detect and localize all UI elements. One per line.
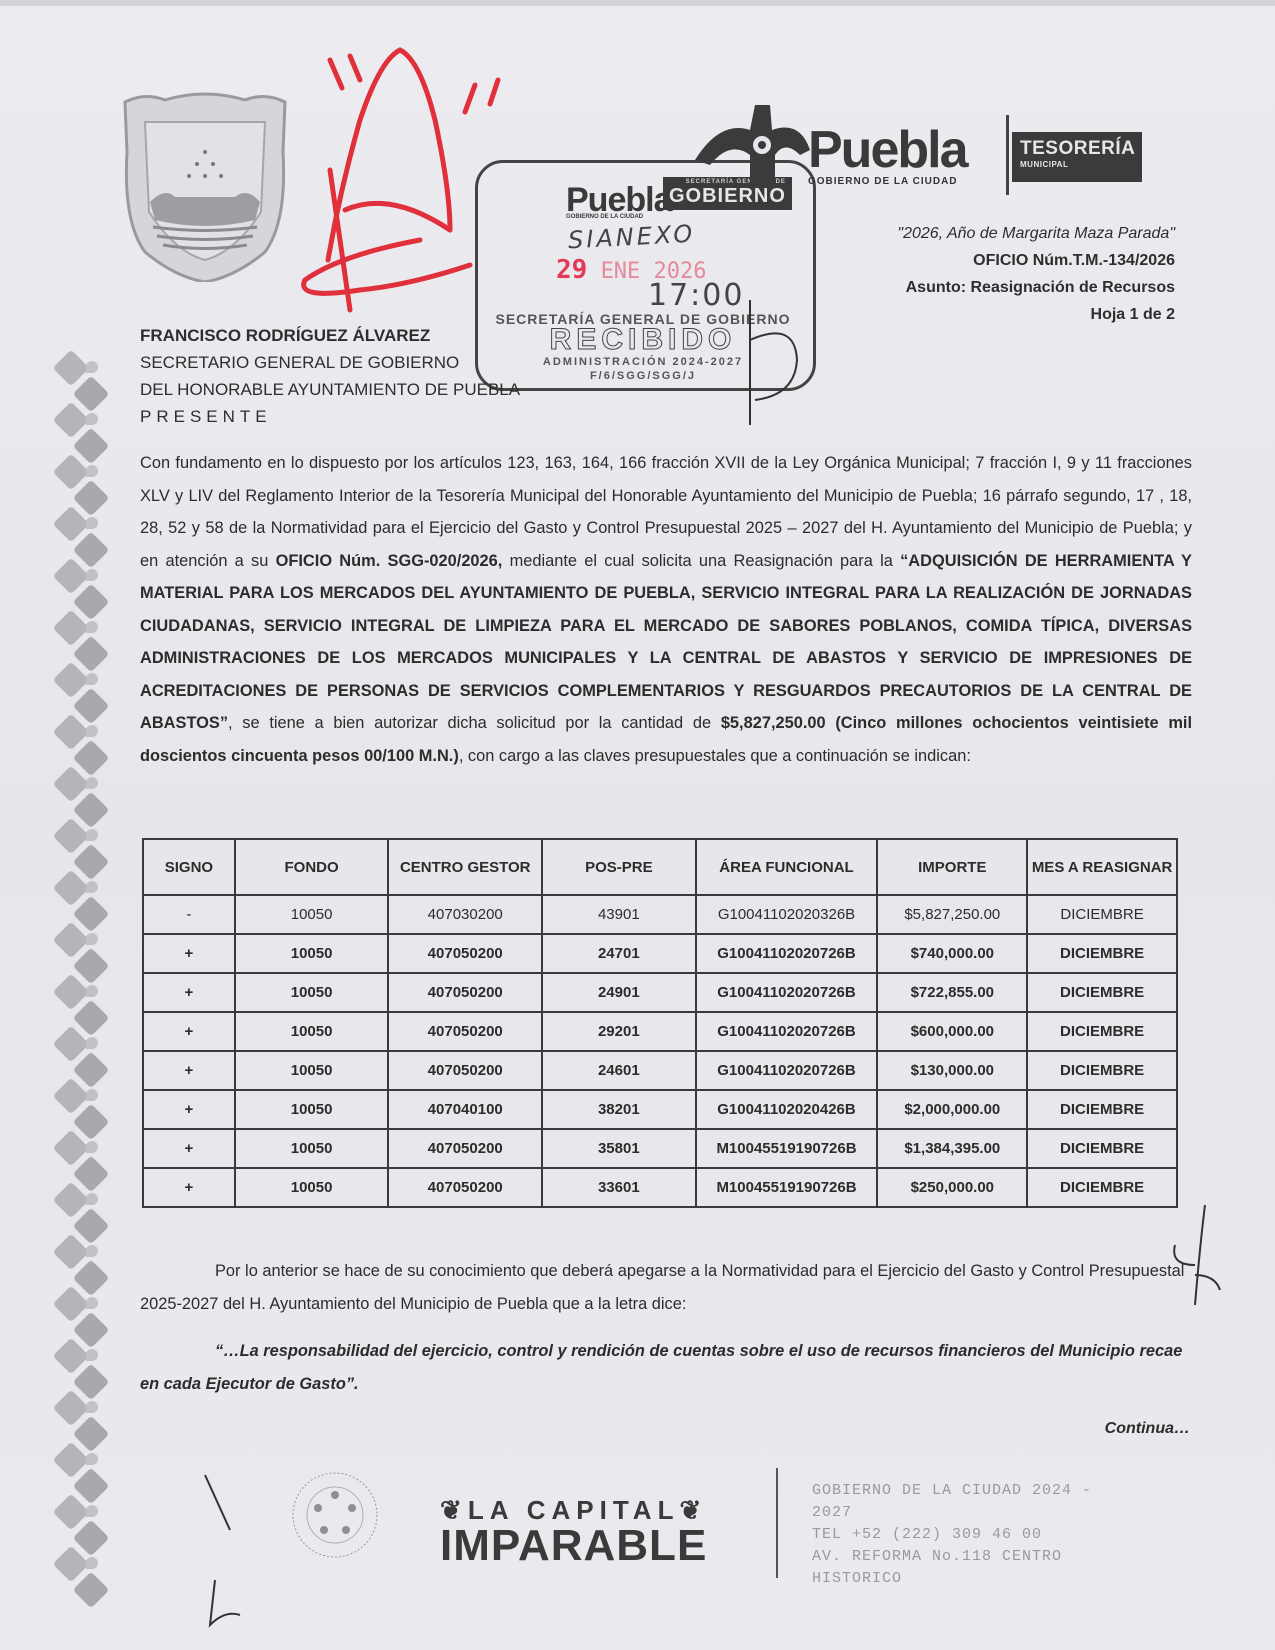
table-cell: $600,000.00 xyxy=(877,1012,1027,1051)
column-header: IMPORTE xyxy=(877,839,1027,895)
puebla-emblem-icon xyxy=(690,100,815,190)
table-cell: + xyxy=(143,1012,235,1051)
ornament-diamond xyxy=(73,688,110,725)
table-cell: + xyxy=(143,1129,235,1168)
continued-label: Continua… xyxy=(1105,1420,1190,1438)
handwritten-signature-stroke xyxy=(735,300,805,430)
stamp-received-time: 17:00 xyxy=(648,278,744,313)
address-line: GOBIERNO DE LA CIUDAD 2024 - xyxy=(812,1480,1092,1502)
table-cell: 29201 xyxy=(542,1012,696,1051)
column-header: MES A REASIGNAR xyxy=(1027,839,1177,895)
ornament-diamond xyxy=(73,1312,110,1349)
column-header: FONDO xyxy=(235,839,389,895)
table-cell: 407050200 xyxy=(388,1168,542,1207)
ornament-leaf xyxy=(86,673,98,685)
table-cell: 407050200 xyxy=(388,973,542,1012)
ornament-diamond xyxy=(73,1468,110,1505)
ornament-leaf xyxy=(86,1453,98,1465)
equality-seal-icon xyxy=(290,1470,380,1560)
ornament-diamond xyxy=(73,428,110,465)
ornament-leaf xyxy=(86,1037,98,1049)
ornament-leaf xyxy=(86,1349,98,1361)
ornament-diamond xyxy=(73,896,110,933)
table-cell: 10050 xyxy=(235,895,389,934)
table-row: +1005040705020024701G10041102020726B$740… xyxy=(143,934,1177,973)
column-header: ÁREA FUNCIONAL xyxy=(696,839,878,895)
ornament-diamond xyxy=(73,948,110,985)
table-row: +1005040705020024601G10041102020726B$130… xyxy=(143,1051,1177,1090)
ornament-diamond xyxy=(73,1156,110,1193)
table-cell: 43901 xyxy=(542,895,696,934)
table-cell: 407030200 xyxy=(388,895,542,934)
column-header: CENTRO GESTOR xyxy=(388,839,542,895)
page-indicator: Hoja 1 de 2 xyxy=(897,301,1175,328)
table-row: +1005040705020033601M10045519190726B$250… xyxy=(143,1168,1177,1207)
ornament-leaf xyxy=(86,933,98,945)
table-cell: 10050 xyxy=(235,1168,389,1207)
table-cell: DICIEMBRE xyxy=(1027,973,1177,1012)
ornament-leaf xyxy=(86,517,98,529)
la-capital-imparable-logo: ❦LA CAPITAL❦ IMPARABLE xyxy=(440,1495,707,1566)
table-row: +1005040704010038201G10041102020426B$2,0… xyxy=(143,1090,1177,1129)
asunto: Asunto: Reasignación de Recursos xyxy=(897,274,1175,301)
table-cell: M10045519190726B xyxy=(696,1129,878,1168)
side-ornament-border xyxy=(44,355,104,1595)
ornament-diamond xyxy=(73,1520,110,1557)
address-line: 2027 xyxy=(812,1502,1092,1524)
ornament-diamond xyxy=(73,584,110,621)
addressee-title: SECRETARIO GENERAL DE GOBIERNO xyxy=(140,349,520,376)
tesoreria-municipal-badge: TESORERÍA MUNICIPAL xyxy=(1012,132,1142,182)
ornament-diamond xyxy=(73,1208,110,1245)
table-cell: DICIEMBRE xyxy=(1027,934,1177,973)
closing-text: Por lo anterior se hace de su conocimien… xyxy=(140,1255,1185,1321)
ornament-diamond xyxy=(73,636,110,673)
ornament-leaf xyxy=(86,1245,98,1257)
table-cell: DICIEMBRE xyxy=(1027,1090,1177,1129)
table-cell: - xyxy=(143,895,235,934)
document-page: Puebla GOBIERNO DE LA CIUDAD SECRETARÍA … xyxy=(0,0,1275,1650)
ornament-diamond xyxy=(73,1572,110,1609)
table-cell: G10041102020326B xyxy=(696,895,878,934)
table-cell: 24901 xyxy=(542,973,696,1012)
normative-quote: “…La responsabilidad del ejercicio, cont… xyxy=(140,1335,1185,1401)
ornament-diamond xyxy=(73,1416,110,1453)
table-cell: DICIEMBRE xyxy=(1027,1051,1177,1090)
body-text-segment: , con cargo a las claves presupuestales … xyxy=(459,747,971,765)
table-cell: 407050200 xyxy=(388,1051,542,1090)
ornament-diamond xyxy=(73,844,110,881)
body-text-segment: , se tiene a bien autorizar dicha solici… xyxy=(228,714,721,732)
document-header-meta: "2026, Año de Margarita Maza Parada" OFI… xyxy=(897,220,1175,328)
footer-address: GOBIERNO DE LA CIUDAD 2024 -2027TEL +52 … xyxy=(812,1480,1092,1590)
ornament-diamond xyxy=(73,1104,110,1141)
ornament-diamond xyxy=(73,532,110,569)
ornament-leaf xyxy=(86,569,98,581)
table-cell: 24701 xyxy=(542,934,696,973)
logo-divider xyxy=(1006,115,1009,195)
address-line: AV. REFORMA No.118 CENTRO xyxy=(812,1546,1092,1568)
city-coat-of-arms-icon xyxy=(115,92,295,282)
ornament-diamond xyxy=(73,376,110,413)
stamp-handwritten-note: SIANEXO xyxy=(567,220,696,255)
table-cell: 407050200 xyxy=(388,1012,542,1051)
ornament-leaf xyxy=(86,361,98,373)
table-cell: $740,000.00 xyxy=(877,934,1027,973)
column-header: SIGNO xyxy=(143,839,235,895)
table-cell: 10050 xyxy=(235,1129,389,1168)
ornament-leaf xyxy=(86,881,98,893)
table-cell: $2,000,000.00 xyxy=(877,1090,1027,1129)
ornament-diamond xyxy=(73,1000,110,1037)
addressee-block: FRANCISCO RODRÍGUEZ ÁLVAREZ SECRETARIO G… xyxy=(140,322,520,430)
ornament-leaf xyxy=(86,1557,98,1569)
table-cell: $722,855.00 xyxy=(877,973,1027,1012)
ornament-leaf xyxy=(86,1193,98,1205)
table-cell: + xyxy=(143,1051,235,1090)
table-cell: 10050 xyxy=(235,1012,389,1051)
slogan-bottom: IMPARABLE xyxy=(440,1526,707,1566)
table-cell: G10041102020726B xyxy=(696,973,878,1012)
ornament-leaf xyxy=(86,1089,98,1101)
table-cell: 407050200 xyxy=(388,934,542,973)
table-row: +1005040705020035801M10045519190726B$1,3… xyxy=(143,1129,1177,1168)
table-cell: 10050 xyxy=(235,1090,389,1129)
table-cell: + xyxy=(143,1168,235,1207)
ornament-diamond xyxy=(73,740,110,777)
body-text-segment: mediante el cual solicita una Reasignaci… xyxy=(502,552,900,570)
puebla-city-logo: Puebla GOBIERNO DE LA CIUDAD xyxy=(808,128,967,187)
table-cell: M10045519190726B xyxy=(696,1168,878,1207)
table-row: +1005040705020024901G10041102020726B$722… xyxy=(143,973,1177,1012)
table-cell: 24601 xyxy=(542,1051,696,1090)
table-cell: G10041102020726B xyxy=(696,934,878,973)
addressee-name: FRANCISCO RODRÍGUEZ ÁLVAREZ xyxy=(140,322,520,349)
table-cell: $1,384,395.00 xyxy=(877,1129,1027,1168)
ornament-leaf xyxy=(86,621,98,633)
reallocation-concept: “ADQUISICIÓN DE HERRAMIENTA Y MATERIAL P… xyxy=(140,552,1192,733)
quote-text: “…La responsabilidad del ejercicio, cont… xyxy=(140,1335,1185,1401)
scan-top-edge xyxy=(0,0,1275,6)
ornament-leaf xyxy=(86,1297,98,1309)
closing-paragraph: Por lo anterior se hace de su conocimien… xyxy=(140,1255,1185,1321)
table-cell: 10050 xyxy=(235,973,389,1012)
ornament-leaf xyxy=(86,725,98,737)
ornament-diamond xyxy=(73,480,110,517)
table-cell: 10050 xyxy=(235,1051,389,1090)
ornament-leaf xyxy=(86,1505,98,1517)
addressee-org: DEL HONORABLE AYUNTAMIENTO DE PUEBLA xyxy=(140,376,520,403)
table-cell: + xyxy=(143,973,235,1012)
ornament-diamond xyxy=(73,1052,110,1089)
budget-keys-table: SIGNOFONDOCENTRO GESTORPOS-PREÁREA FUNCI… xyxy=(142,838,1178,1208)
footer-divider xyxy=(776,1468,778,1578)
table-header-row: SIGNOFONDOCENTRO GESTORPOS-PREÁREA FUNCI… xyxy=(143,839,1177,895)
column-header: POS-PRE xyxy=(542,839,696,895)
table-cell: 35801 xyxy=(542,1129,696,1168)
table-row: -1005040703020043901G10041102020326B$5,8… xyxy=(143,895,1177,934)
table-cell: $130,000.00 xyxy=(877,1051,1027,1090)
ornament-leaf xyxy=(86,1401,98,1413)
ornament-leaf xyxy=(86,1141,98,1153)
table-cell: + xyxy=(143,1090,235,1129)
table-cell: DICIEMBRE xyxy=(1027,1129,1177,1168)
table-cell: 407050200 xyxy=(388,1129,542,1168)
table-cell: G10041102020426B xyxy=(696,1090,878,1129)
table-cell: $250,000.00 xyxy=(877,1168,1027,1207)
address-line: HISTORICO xyxy=(812,1568,1092,1590)
referenced-oficio: OFICIO Núm. SGG-020/2026, xyxy=(276,552,503,570)
footer-handwritten-stroke xyxy=(200,1470,250,1630)
margin-initials-signature xyxy=(1165,1205,1225,1315)
table-cell: G10041102020726B xyxy=(696,1012,878,1051)
year-motto: "2026, Año de Margarita Maza Parada" xyxy=(897,220,1175,247)
table-cell: $5,827,250.00 xyxy=(877,895,1027,934)
body-paragraph: Con fundamento en lo dispuesto por los a… xyxy=(140,447,1192,772)
stamp-puebla-logo: Puebla GOBIERNO DE LA CIUDAD xyxy=(566,181,671,220)
presente-label: PRESENTE xyxy=(140,403,520,430)
table-row: +1005040705020029201G10041102020726B$600… xyxy=(143,1012,1177,1051)
ornament-leaf xyxy=(86,777,98,789)
ornament-diamond xyxy=(73,1364,110,1401)
table-cell: 38201 xyxy=(542,1090,696,1129)
table-cell: + xyxy=(143,934,235,973)
ornament-leaf xyxy=(86,413,98,425)
ornament-leaf xyxy=(86,985,98,997)
ornament-leaf xyxy=(86,829,98,841)
table-cell: 33601 xyxy=(542,1168,696,1207)
table-cell: DICIEMBRE xyxy=(1027,1012,1177,1051)
ornament-diamond xyxy=(73,792,110,829)
table-cell: DICIEMBRE xyxy=(1027,895,1177,934)
table-cell: 407040100 xyxy=(388,1090,542,1129)
address-line: TEL +52 (222) 309 46 00 xyxy=(812,1524,1092,1546)
table-cell: G10041102020726B xyxy=(696,1051,878,1090)
ornament-diamond xyxy=(73,1260,110,1297)
table-cell: 10050 xyxy=(235,934,389,973)
oficio-number: OFICIO Núm.T.M.-134/2026 xyxy=(897,247,1175,274)
table-cell: DICIEMBRE xyxy=(1027,1168,1177,1207)
ornament-leaf xyxy=(86,465,98,477)
